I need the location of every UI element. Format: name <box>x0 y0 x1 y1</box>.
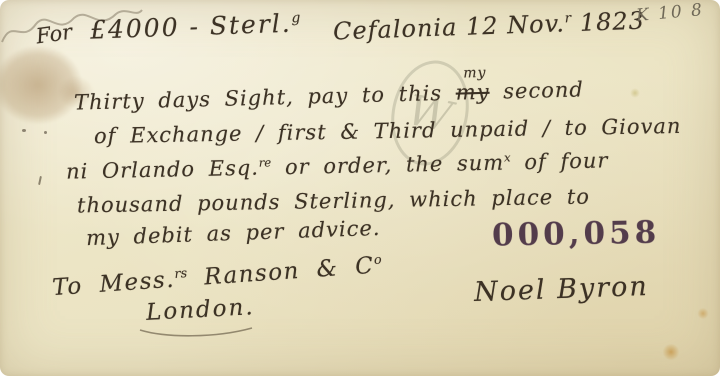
body-line-3: ni Orlando Esq.re or order, the sumx of … <box>66 148 609 183</box>
ink-speck <box>44 131 47 134</box>
inserted-word: my <box>463 65 487 82</box>
address-prefix: To Mess. <box>52 267 176 302</box>
body-line-1-end: second <box>489 77 584 103</box>
fox-spot <box>662 344 680 360</box>
control-number-stamp: 000,058 <box>492 215 661 254</box>
screenshot: W For £4000 - Sterl.g Cefalonia 12 Nov.r… <box>0 0 720 376</box>
fox-spot <box>630 88 640 98</box>
corner-annotation: K 10 8 <box>635 0 704 26</box>
payee-address-line-2: London. <box>145 294 255 326</box>
amount-prefix: £4000 - Sterl. <box>90 9 293 45</box>
body-line-3-mid: or order, the sum <box>271 151 504 180</box>
payee-address-line-1: To Mess.rs Ranson & Co <box>51 252 382 302</box>
body-line-4: thousand pounds Sterling, which place to <box>77 185 590 218</box>
amount-text: £4000 - Sterl.g <box>90 8 301 44</box>
date-prefix: Cefalonia 12 Nov. <box>333 9 566 45</box>
amount-superscript: g <box>291 10 300 26</box>
body-line-5: my debit as per advice. <box>86 216 381 250</box>
address-mid: Ranson & C <box>187 253 376 292</box>
date-year: 1823 <box>571 7 646 38</box>
corrected-word: mymy <box>455 80 489 105</box>
body-line-3-text: ni Orlando Esq. <box>66 156 259 184</box>
body-line-3-end: of four <box>510 148 608 174</box>
signature: Noel Byron <box>474 271 650 308</box>
ink-speck <box>38 176 42 185</box>
body-line-2: of Exchange / first & Third unpaid / to … <box>94 114 682 148</box>
co-superscript: o <box>373 252 382 267</box>
body-line-1: Thirty days Sight, pay to this mymy seco… <box>74 77 584 114</box>
for-label: For <box>35 20 74 49</box>
bill-of-exchange-document: W For £4000 - Sterl.g Cefalonia 12 Nov.r… <box>0 0 720 376</box>
place-date: Cefalonia 12 Nov.r 1823 <box>333 7 646 46</box>
underline-flourish <box>136 324 256 340</box>
ink-speck <box>22 129 26 132</box>
fox-spot <box>697 308 709 319</box>
esquire-superscript: re <box>259 155 272 169</box>
struck-word: my <box>455 80 489 105</box>
